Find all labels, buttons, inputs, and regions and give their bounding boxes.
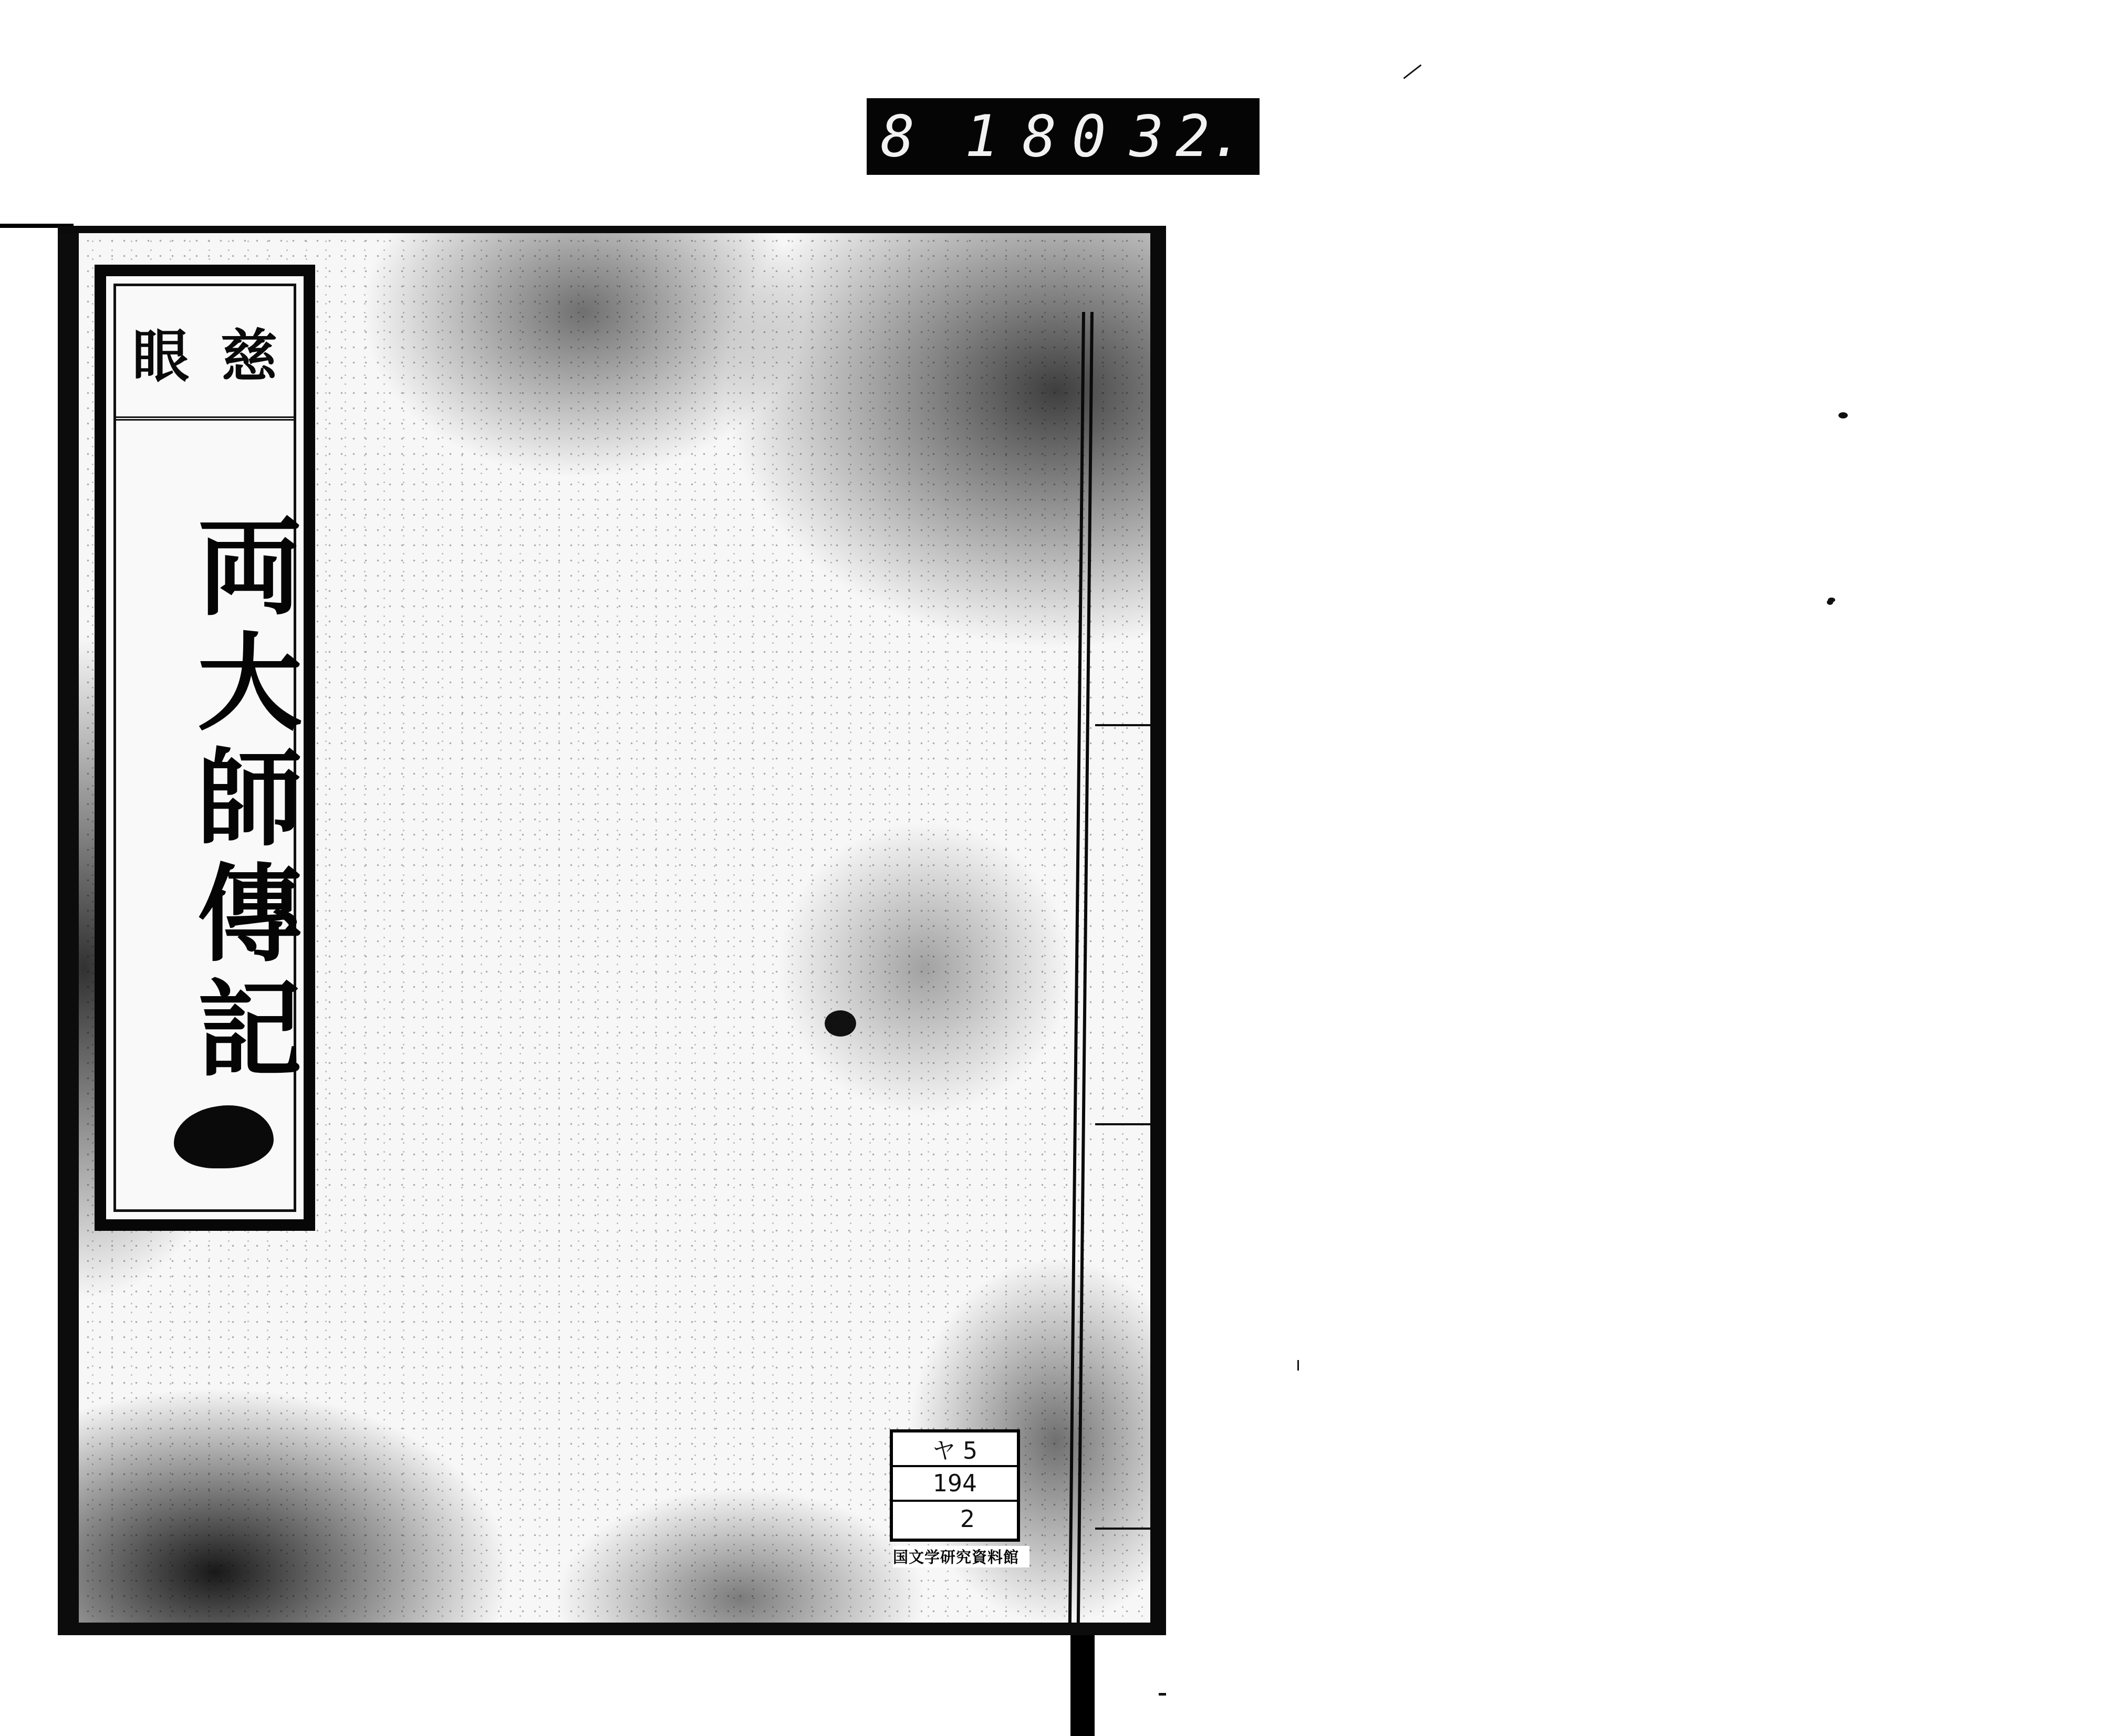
counter-digit: 8 [869,104,927,170]
counter-digit: 3 [1118,104,1176,170]
counter-digit: 0 [1060,104,1118,170]
counter-digit: 2. [1176,104,1233,170]
spine-edge [1150,233,1166,1635]
cover-bottom-edge [58,1623,1166,1635]
header-char: 慈 [221,311,277,392]
ink-spot [825,1010,856,1037]
scan-speck [1838,412,1848,419]
title-slip-header: 慈 眼 [116,286,294,421]
binding-line [1068,312,1085,1625]
book-cover: 慈 眼 両大師傳記 [58,226,1166,1635]
library-call-number-label: ヤ 5 194 2 [890,1429,1020,1542]
call-number-class: ヤ 5 [893,1432,1017,1467]
pen-mark [1403,64,1422,79]
bookmark-tab [1070,1623,1095,1736]
scan-speck [1297,1360,1299,1371]
binding-line [1077,312,1094,1625]
cover-left-edge [58,233,79,1635]
library-institution-name: 国文学研究資料館 [893,1546,1029,1567]
scan-speck [1828,598,1835,602]
scan-speck [1159,1693,1166,1696]
title-slip: 慈 眼 両大師傳記 [95,265,315,1231]
header-char: 眼 [132,311,189,392]
book-title: 両大師傳記 [116,433,294,1168]
title-slip-frame: 慈 眼 両大師傳記 [113,284,296,1212]
frame-counter: 8 1 8 0 3 2. [867,98,1260,175]
frame-counter-right: 0 3 2. [1034,106,1233,168]
counter-digit: 1 [953,104,1011,170]
call-number-item: 194 [893,1467,1017,1502]
call-number-volume: 2 [893,1502,1017,1536]
